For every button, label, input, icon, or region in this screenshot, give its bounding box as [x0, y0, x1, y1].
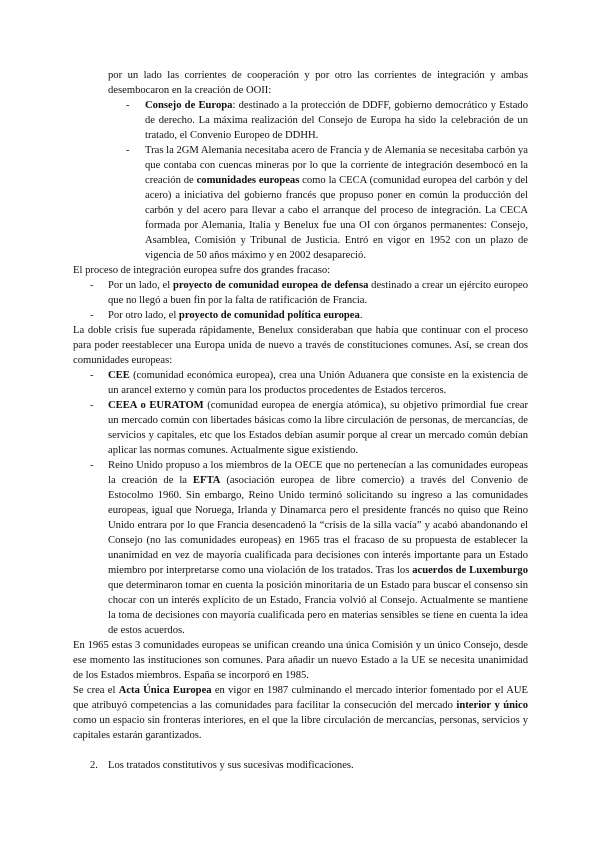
list-item-cee: - CEE (comunidad económica europea), cre… [73, 368, 528, 398]
item-text: Por otro lado, el [108, 310, 179, 321]
paragraph-text: como un espacio sin fronteras interiores… [73, 715, 528, 741]
list-item-defensa: - Por un lado, el proyecto de comunidad … [73, 278, 528, 308]
unificacion-paragraph: En 1965 estas 3 comunidades europeas se … [73, 638, 528, 683]
item-text: (asociación europea de libre comercio) a… [108, 475, 528, 576]
bullet-dash: - [90, 308, 94, 323]
list-item-efta: - Reino Unido propuso a los miembros de … [73, 458, 528, 638]
bold-term: Consejo de Europa [145, 100, 232, 111]
crisis-paragraph: La doble crisis fue superada rápidamente… [73, 323, 528, 368]
paragraph-text: Se crea el [73, 685, 119, 696]
bullet-dash: - [90, 398, 94, 413]
bold-term: CEE [108, 370, 130, 381]
bold-term: acuerdos de Luxemburgo [412, 565, 528, 576]
list-item-politica: - Por otro lado, el proyecto de comunida… [73, 308, 528, 323]
intro-text: por un lado las corrientes de cooperació… [108, 70, 528, 96]
item-text: como la CECA (comunidad europea del carb… [145, 175, 528, 261]
list-item-euratom: - CEEA o EURATOM (comunidad europea de e… [73, 398, 528, 458]
bold-term: CEEA o EURATOM [108, 400, 204, 411]
fracasos-list: - Por un lado, el proyecto de comunidad … [73, 278, 528, 323]
bold-term: Acta Única Europea [119, 685, 212, 696]
bold-term: proyecto de comunidad europea de defensa [173, 280, 368, 291]
item-text: Por un lado, el [108, 280, 173, 291]
comunidades-list: - CEE (comunidad económica europea), cre… [73, 368, 528, 638]
list-item-consejo-europa: - Consejo de Europa: destinado a la prot… [73, 98, 528, 143]
bullet-dash: - [90, 278, 94, 293]
heading-number: 2. [90, 758, 98, 773]
intro-paragraph: por un lado las corrientes de cooperació… [73, 68, 528, 98]
bullet-dash: - [126, 143, 130, 158]
item-text: que determinaron tomar en cuenta la posi… [108, 580, 528, 636]
fracasos-intro: El proceso de integración europea sufre … [73, 263, 528, 278]
acta-paragraph: Se crea el Acta Única Europea en vigor e… [73, 683, 528, 743]
bold-term: interior y único [456, 700, 528, 711]
bold-term: comunidades europeas [197, 175, 300, 186]
item-text: . [360, 310, 363, 321]
bold-term: EFTA [193, 475, 220, 486]
bold-term: proyecto de comunidad política europea [179, 310, 360, 321]
document-page: por un lado las corrientes de cooperació… [73, 68, 528, 773]
heading-text: Los tratados constitutivos y sus sucesiv… [108, 760, 354, 771]
item-text: (comunidad económica europea), crea una … [108, 370, 528, 396]
list-item-ceca: - Tras la 2GM Alemania necesitaba acero … [73, 143, 528, 263]
bullet-dash: - [90, 458, 94, 473]
ooii-list: - Consejo de Europa: destinado a la prot… [73, 98, 528, 263]
numbered-heading: 2. Los tratados constitutivos y sus suce… [73, 758, 528, 773]
bullet-dash: - [126, 98, 130, 113]
bullet-dash: - [90, 368, 94, 383]
